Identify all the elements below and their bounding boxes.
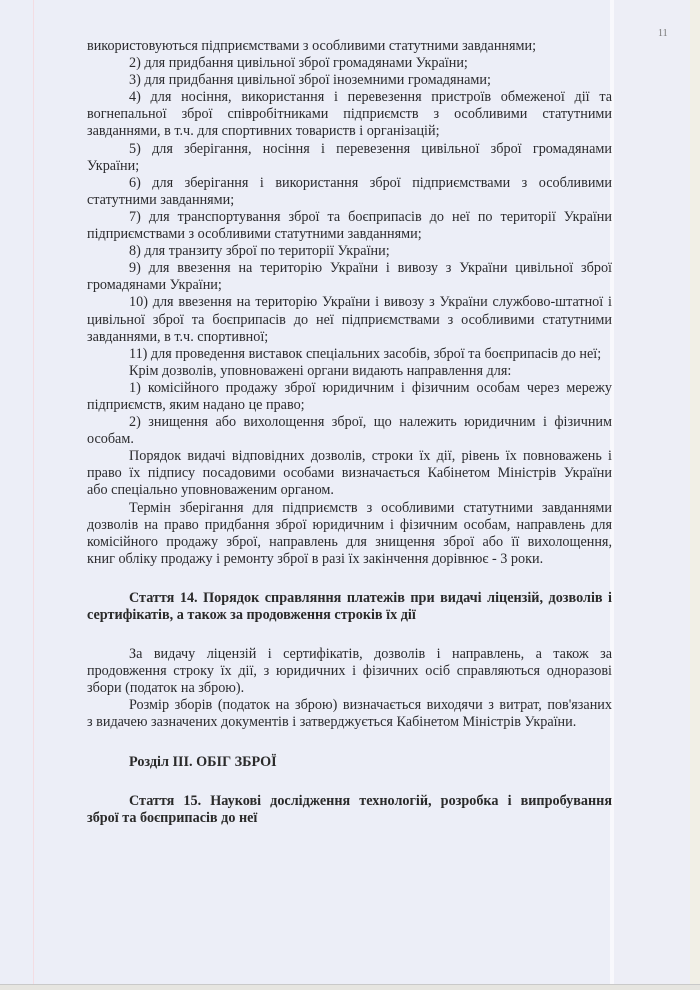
heading-line: Стаття 15. Наукові дослідження технологі… <box>87 793 612 810</box>
list-item-line: 2) знищення або вихолощення зброї, що на… <box>87 414 612 431</box>
direction-item-2: 2) знищення або вихолощення зброї, що на… <box>87 414 612 448</box>
list-item-line: статутними завданнями; <box>87 192 612 209</box>
directions-list: 1) комісійного продажу зброї юридичним і… <box>87 380 612 448</box>
permit-item-10: 10) для ввезення на територію України і … <box>87 294 612 345</box>
heading-line: зброї та боєприпасів до неї <box>87 810 612 827</box>
permit-item-7: 7) для транспортування зброї та боєприпа… <box>87 209 612 243</box>
paragraph-line: збори (податок на зброю). <box>87 680 612 697</box>
permit-item-3: 3) для придбання цивільної зброї іноземн… <box>87 72 612 89</box>
list-item-line: 8) для транзиту зброї по території Украї… <box>87 243 612 260</box>
paragraph-storage: Термін зберігання для підприємств з особ… <box>87 500 612 568</box>
paragraph-line: Термін зберігання для підприємств з особ… <box>87 500 612 517</box>
list-item-line: 6) для зберігання і використання зброї п… <box>87 175 612 192</box>
list-item-line: 9) для ввезення на територію України і в… <box>87 260 612 277</box>
article-15-heading: Стаття 15. Наукові дослідження технологі… <box>87 793 612 827</box>
list-item-line: 1) комісійного продажу зброї юридичним і… <box>87 380 612 397</box>
permit-item-8: 8) для транзиту зброї по території Украї… <box>87 243 612 260</box>
list-item-line: вогнепальної зброї співробітниками підпр… <box>87 106 612 123</box>
list-item-line: завданнями, в т.ч. для спортивних товари… <box>87 123 612 140</box>
paragraph-line: книг обліку продажу і ремонту зброї в ра… <box>87 551 612 568</box>
article-14-paragraph-2: Розмір зборів (податок на зброю) визнача… <box>87 697 612 731</box>
document-page: 11 використовуються підприємствами з осо… <box>0 0 700 985</box>
list-item-line: 10) для ввезення на територію України і … <box>87 294 612 311</box>
direction-item-1: 1) комісійного продажу зброї юридичним і… <box>87 380 612 414</box>
permit-item-11: 11) для проведення виставок спеціальних … <box>87 346 612 363</box>
permit-item-2: 2) для придбання цивільної зброї громадя… <box>87 55 612 72</box>
permit-item-9: 9) для ввезення на територію України і в… <box>87 260 612 294</box>
permit-item-6: 6) для зберігання і використання зброї п… <box>87 175 612 209</box>
continued-text-line: використовуються підприємствами з особли… <box>87 38 612 55</box>
spacer <box>87 624 612 646</box>
scan-paper-edge <box>690 0 700 990</box>
directions-intro: Крім дозволів, уповноважені органи видаю… <box>87 363 612 380</box>
heading-line: Стаття 14. Порядок справляння платежів п… <box>87 590 612 607</box>
scan-margin-strip <box>610 0 700 985</box>
paragraph-line: право їх підпису посадовими особами визн… <box>87 465 612 482</box>
list-item-line: завданнями, в т.ч. спортивної; <box>87 329 612 346</box>
paragraph-line: з видачею зазначених документів і затвер… <box>87 714 612 731</box>
permits-list: 2) для придбання цивільної зброї громадя… <box>87 55 612 363</box>
scan-bottom-edge <box>0 984 700 990</box>
spacer <box>87 771 612 793</box>
list-item-line: особам. <box>87 431 612 448</box>
article-14-heading: Стаття 14. Порядок справляння платежів п… <box>87 590 612 624</box>
paragraph-line: Порядок видачі відповідних дозволів, стр… <box>87 448 612 465</box>
spacer <box>87 568 612 590</box>
paragraph-line: дозволів на право придбання зброї юридич… <box>87 517 612 534</box>
list-item-line: 5) для зберігання, носіння і перевезення… <box>87 141 612 158</box>
list-item-line: України; <box>87 158 612 175</box>
list-item-line: 3) для придбання цивільної зброї іноземн… <box>87 72 612 89</box>
list-item-line: підприємствами з особливими статутними з… <box>87 226 612 243</box>
list-item-line: 7) для транспортування зброї та боєприпа… <box>87 209 612 226</box>
article-14-paragraph-1: За видачу ліцензій і сертифікатів, дозво… <box>87 646 612 697</box>
list-item-line: цивільної зброї та боєприпасів до неї пі… <box>87 312 612 329</box>
list-item-line: 11) для проведення виставок спеціальних … <box>87 346 612 363</box>
paragraph-line: комісійного продажу зброї, направлень дл… <box>87 534 612 551</box>
section-3-heading: Розділ III. ОБІГ ЗБРОЇ <box>87 754 612 771</box>
page-number: 11 <box>658 28 668 39</box>
paragraph-line: Розмір зборів (податок на зброю) визнача… <box>87 697 612 714</box>
article-14: Стаття 14. Порядок справляння платежів п… <box>87 590 612 732</box>
paragraph-line: продовження строку їх дії, з юридичних і… <box>87 663 612 680</box>
paragraph-procedure: Порядок видачі відповідних дозволів, стр… <box>87 448 612 499</box>
list-item-line: 2) для придбання цивільної зброї громадя… <box>87 55 612 72</box>
paragraph-line: або спеціально уповноваженим органом. <box>87 482 612 499</box>
heading-line: сертифікатів, а також за продовження стр… <box>87 607 612 624</box>
list-item-line: громадянами України; <box>87 277 612 294</box>
list-item-line: підприємств, яким надано це право; <box>87 397 612 414</box>
paragraph-line: За видачу ліцензій і сертифікатів, дозво… <box>87 646 612 663</box>
spacer <box>87 732 612 754</box>
permit-item-4: 4) для носіння, використання і перевезен… <box>87 89 612 140</box>
permit-item-5: 5) для зберігання, носіння і перевезення… <box>87 141 612 175</box>
document-body: використовуються підприємствами з особли… <box>87 38 612 827</box>
list-item-line: 4) для носіння, використання і перевезен… <box>87 89 612 106</box>
